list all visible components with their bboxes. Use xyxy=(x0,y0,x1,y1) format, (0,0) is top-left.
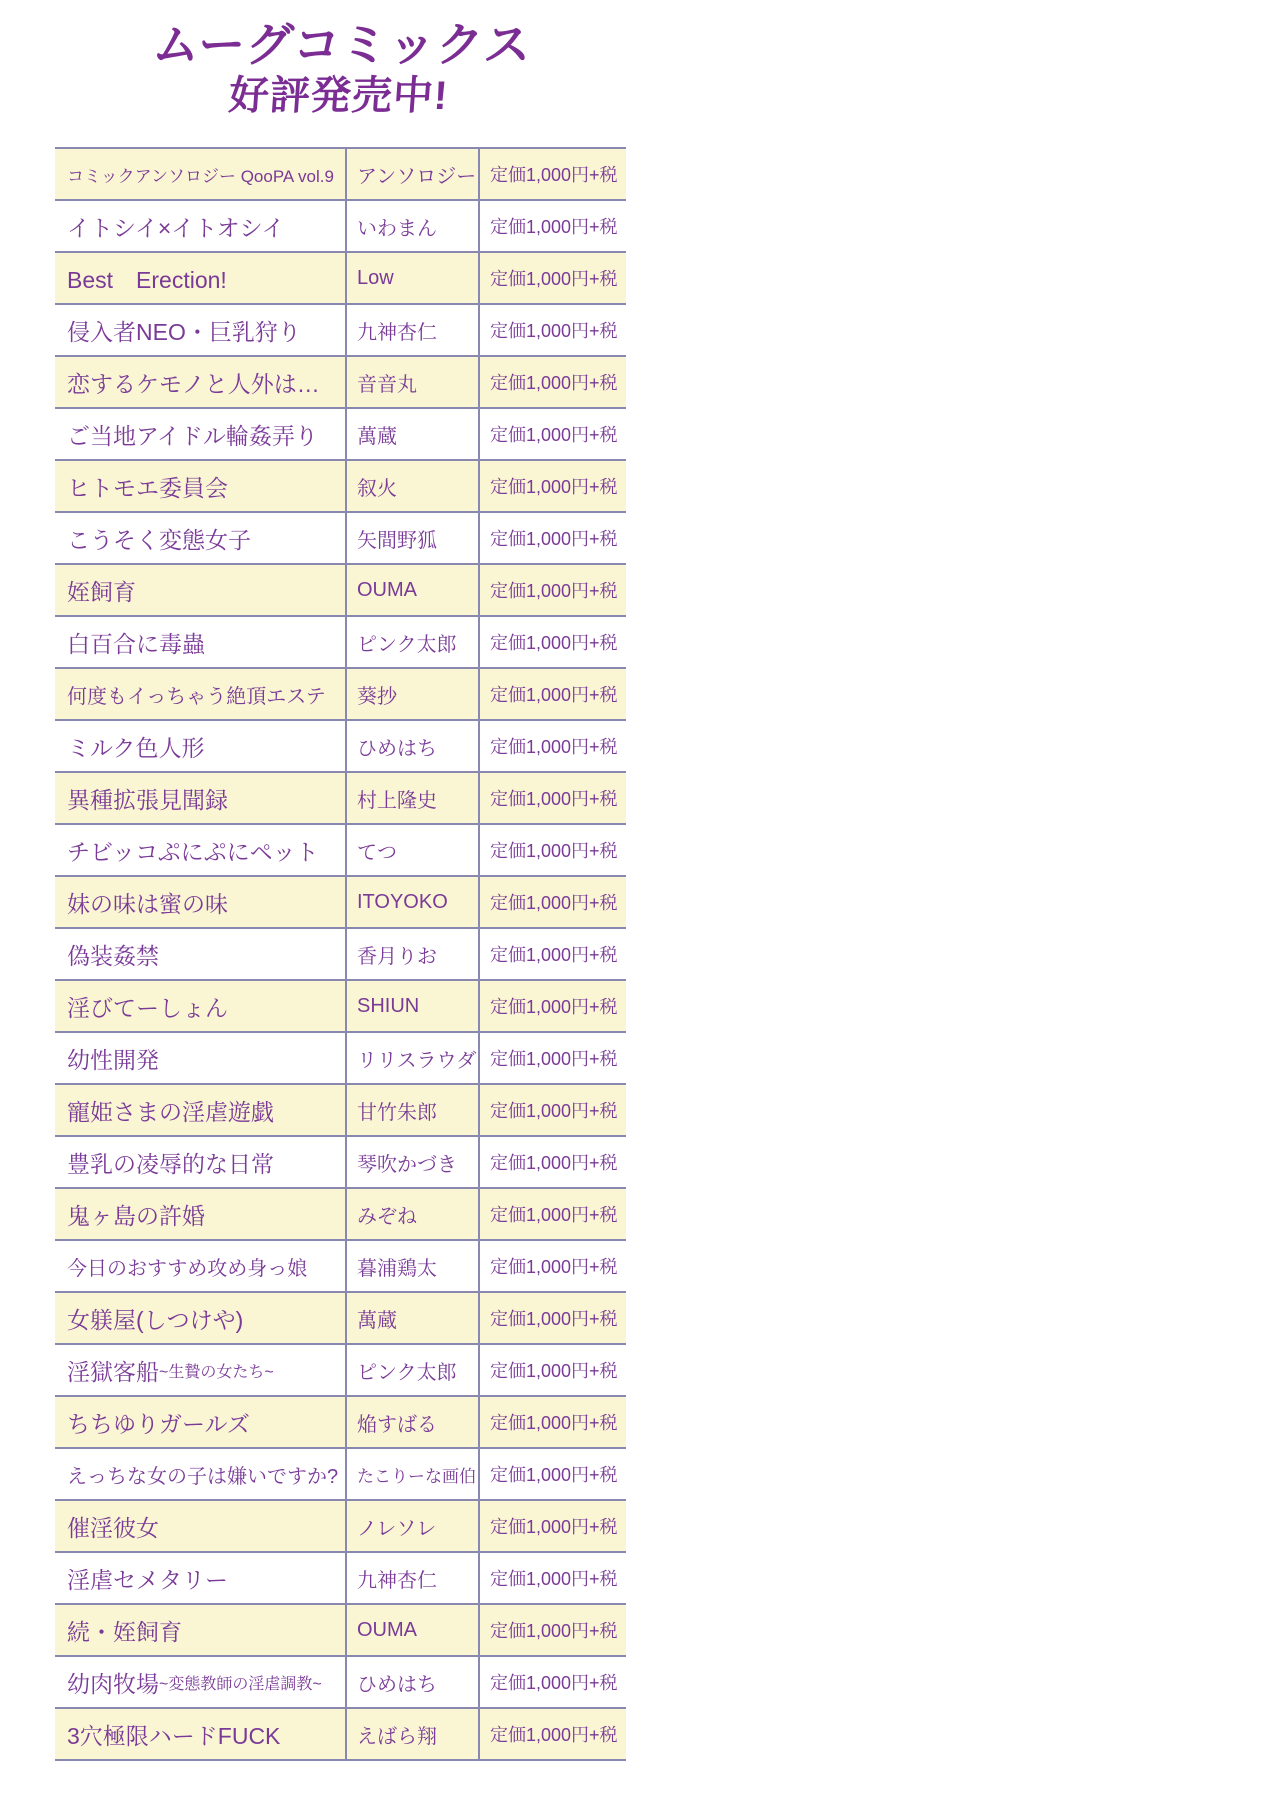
table-row: 妹の味は蜜の味ITOYOKO定価1,000円+税 xyxy=(55,877,626,929)
catalog-page: ムーグコミックス 好評発売中! コミックアンソロジー QooPA vol.9アン… xyxy=(0,0,1280,1816)
book-price: 定価1,000円+税 xyxy=(480,981,626,1031)
book-title-main: チビッコぷにぷにペット xyxy=(67,834,319,867)
book-author: ピンク太郎 xyxy=(347,617,480,667)
book-author: 村上隆史 xyxy=(347,773,480,823)
book-price: 定価1,000円+税 xyxy=(480,1709,626,1759)
book-title: 3穴極限ハードFUCK xyxy=(55,1709,347,1759)
book-author: ひめはち xyxy=(347,1657,480,1707)
book-title-main: 3穴極限ハードFUCK xyxy=(67,1718,280,1751)
book-price: 定価1,000円+税 xyxy=(480,1189,626,1239)
book-title-main: 幼肉牧場 xyxy=(67,1666,159,1699)
book-price: 定価1,000円+税 xyxy=(480,1657,626,1707)
header-brand-line: ムーグコミックス xyxy=(55,18,630,72)
book-price: 定価1,000円+税 xyxy=(480,929,626,979)
book-price: 定価1,000円+税 xyxy=(480,149,626,199)
header-onsale-line: 好評発売中! xyxy=(52,74,626,118)
book-table: コミックアンソロジー QooPA vol.9アンソロジー定価1,000円+税イト… xyxy=(55,147,626,1761)
book-price: 定価1,000円+税 xyxy=(480,201,626,251)
book-title: ちちゆりガールズ xyxy=(55,1397,347,1447)
book-price: 定価1,000円+税 xyxy=(480,305,626,355)
table-row: 幼性開発リリスラウダ定価1,000円+税 xyxy=(55,1033,626,1085)
book-title-main: 寵姫さまの淫虐遊戯 xyxy=(67,1094,274,1127)
book-title: 続・姪飼育 xyxy=(55,1605,347,1655)
book-author: 琴吹かづき xyxy=(347,1137,480,1187)
table-row: ご当地アイドル輪姦弄り萬蔵定価1,000円+税 xyxy=(55,409,626,461)
table-row: 淫獄客船~生贄の女たち~ピンク太郎定価1,000円+税 xyxy=(55,1345,626,1397)
book-author: 香月りお xyxy=(347,929,480,979)
book-title: 何度もイっちゃう絶頂エステ xyxy=(55,669,347,719)
book-title-main: 鬼ヶ島の許婚 xyxy=(67,1198,205,1231)
book-title-main: 幼性開発 xyxy=(67,1042,159,1075)
book-price: 定価1,000円+税 xyxy=(480,253,626,303)
book-title: 寵姫さまの淫虐遊戯 xyxy=(55,1085,347,1135)
book-price: 定価1,000円+税 xyxy=(480,1137,626,1187)
book-price: 定価1,000円+税 xyxy=(480,1397,626,1447)
book-title-main: 女躾屋(しつけや) xyxy=(67,1302,243,1335)
book-author: 萬蔵 xyxy=(347,409,480,459)
book-author: ピンク太郎 xyxy=(347,1345,480,1395)
book-author: 九神杏仁 xyxy=(347,1553,480,1603)
book-title: Best Erection! xyxy=(55,253,347,303)
book-title-main: 淫獄客船 xyxy=(67,1354,159,1387)
book-title-main: 恋するケモノと人外は… xyxy=(67,366,320,399)
book-author: OUMA xyxy=(347,1605,480,1655)
table-row: チビッコぷにぷにペットてつ定価1,000円+税 xyxy=(55,825,626,877)
book-author: 甘竹朱郎 xyxy=(347,1085,480,1135)
table-row: 恋するケモノと人外は…音音丸定価1,000円+税 xyxy=(55,357,626,409)
catalog-header: ムーグコミックス 好評発売中! xyxy=(52,18,630,118)
book-title-main: ヒトモエ委員会 xyxy=(67,470,228,503)
book-title: 恋するケモノと人外は… xyxy=(55,357,347,407)
book-price: 定価1,000円+税 xyxy=(480,1449,626,1499)
book-title: えっちな女の子は嫌いですか? xyxy=(55,1449,347,1499)
book-title-main: コミックアンソロジー QooPA vol.9 xyxy=(67,162,334,187)
book-author: SHIUN xyxy=(347,981,480,1031)
book-price: 定価1,000円+税 xyxy=(480,617,626,667)
book-author: ノレソレ xyxy=(347,1501,480,1551)
book-price: 定価1,000円+税 xyxy=(480,1293,626,1343)
table-row: ちちゆりガールズ焔すばる定価1,000円+税 xyxy=(55,1397,626,1449)
book-author: ITOYOKO xyxy=(347,877,480,927)
table-row: Best Erection!Low定価1,000円+税 xyxy=(55,253,626,305)
table-row: 寵姫さまの淫虐遊戯甘竹朱郎定価1,000円+税 xyxy=(55,1085,626,1137)
book-author: 葵抄 xyxy=(347,669,480,719)
book-author: 萬蔵 xyxy=(347,1293,480,1343)
book-author: みぞね xyxy=(347,1189,480,1239)
book-author: 九神杏仁 xyxy=(347,305,480,355)
table-row: 偽装姦禁香月りお定価1,000円+税 xyxy=(55,929,626,981)
book-title: チビッコぷにぷにペット xyxy=(55,825,347,875)
book-title-main: 偽装姦禁 xyxy=(67,938,159,971)
book-price: 定価1,000円+税 xyxy=(480,1553,626,1603)
table-row: 淫びてーしょんSHIUN定価1,000円+税 xyxy=(55,981,626,1033)
table-row: 催淫彼女ノレソレ定価1,000円+税 xyxy=(55,1501,626,1553)
book-price: 定価1,000円+税 xyxy=(480,409,626,459)
book-price: 定価1,000円+税 xyxy=(480,1241,626,1291)
book-author: 暮浦鶏太 xyxy=(347,1241,480,1291)
book-price: 定価1,000円+税 xyxy=(480,773,626,823)
book-title: ご当地アイドル輪姦弄り xyxy=(55,409,347,459)
table-row: 続・姪飼育OUMA定価1,000円+税 xyxy=(55,1605,626,1657)
book-title: 幼肉牧場~変態教師の淫虐調教~ xyxy=(55,1657,347,1707)
book-author: リリスラウダ xyxy=(347,1033,480,1083)
book-title-main: 妹の味は蜜の味 xyxy=(67,886,228,919)
book-title: 侵入者NEO・巨乳狩り xyxy=(55,305,347,355)
table-row: ヒトモエ委員会叙火定価1,000円+税 xyxy=(55,461,626,513)
book-title: コミックアンソロジー QooPA vol.9 xyxy=(55,149,347,199)
book-price: 定価1,000円+税 xyxy=(480,669,626,719)
book-price: 定価1,000円+税 xyxy=(480,1033,626,1083)
table-row: ミルク色人形ひめはち定価1,000円+税 xyxy=(55,721,626,773)
table-row: 3穴極限ハードFUCKえばら翔定価1,000円+税 xyxy=(55,1709,626,1761)
book-price: 定価1,000円+税 xyxy=(480,461,626,511)
book-title-main: ちちゆりガールズ xyxy=(67,1406,250,1439)
book-price: 定価1,000円+税 xyxy=(480,721,626,771)
book-title-main: こうそく変態女子 xyxy=(67,522,251,555)
book-title: ミルク色人形 xyxy=(55,721,347,771)
book-price: 定価1,000円+税 xyxy=(480,1501,626,1551)
book-title-main: ご当地アイドル輪姦弄り xyxy=(67,418,318,451)
book-title: ヒトモエ委員会 xyxy=(55,461,347,511)
book-title: 白百合に毒蟲 xyxy=(55,617,347,667)
table-row: 豊乳の凌辱的な日常琴吹かづき定価1,000円+税 xyxy=(55,1137,626,1189)
book-author: いわまん xyxy=(347,201,480,251)
book-title-main: 淫虐セメタリー xyxy=(67,1562,228,1595)
book-title: 豊乳の凌辱的な日常 xyxy=(55,1137,347,1187)
book-title: 催淫彼女 xyxy=(55,1501,347,1551)
book-title-main: 豊乳の凌辱的な日常 xyxy=(67,1146,274,1179)
book-title-main: 今日のおすすめ攻め身っ娘 xyxy=(67,1252,307,1281)
book-title: 女躾屋(しつけや) xyxy=(55,1293,347,1343)
book-title-main: 白百合に毒蟲 xyxy=(67,626,205,659)
book-author: アンソロジー xyxy=(347,149,480,199)
book-title: 鬼ヶ島の許婚 xyxy=(55,1189,347,1239)
book-title: 妹の味は蜜の味 xyxy=(55,877,347,927)
table-row: 今日のおすすめ攻め身っ娘暮浦鶏太定価1,000円+税 xyxy=(55,1241,626,1293)
book-price: 定価1,000円+税 xyxy=(480,357,626,407)
book-title-main: 何度もイっちゃう絶頂エステ xyxy=(67,680,326,709)
book-price: 定価1,000円+税 xyxy=(480,825,626,875)
book-author: 叙火 xyxy=(347,461,480,511)
table-row: 異種拡張見聞録村上隆史定価1,000円+税 xyxy=(55,773,626,825)
book-title-main: 催淫彼女 xyxy=(67,1510,159,1543)
book-title: イトシイ×イトオシイ xyxy=(55,201,347,251)
book-title-main: 侵入者NEO・巨乳狩り xyxy=(67,314,301,347)
book-title: こうそく変態女子 xyxy=(55,513,347,563)
book-author: ひめはち xyxy=(347,721,480,771)
table-row: 侵入者NEO・巨乳狩り九神杏仁定価1,000円+税 xyxy=(55,305,626,357)
book-price: 定価1,000円+税 xyxy=(480,565,626,615)
book-author: てつ xyxy=(347,825,480,875)
table-row: えっちな女の子は嫌いですか?たこりーな画伯定価1,000円+税 xyxy=(55,1449,626,1501)
book-title: 幼性開発 xyxy=(55,1033,347,1083)
book-title-subtitle: ~変態教師の淫虐調教~ xyxy=(159,1671,322,1694)
book-price: 定価1,000円+税 xyxy=(480,877,626,927)
table-row: 女躾屋(しつけや)萬蔵定価1,000円+税 xyxy=(55,1293,626,1345)
book-title: 淫虐セメタリー xyxy=(55,1553,347,1603)
book-title-main: Best Erection! xyxy=(67,262,227,295)
table-row: 幼肉牧場~変態教師の淫虐調教~ひめはち定価1,000円+税 xyxy=(55,1657,626,1709)
book-price: 定価1,000円+税 xyxy=(480,1085,626,1135)
book-author: Low xyxy=(347,253,480,303)
book-author: OUMA xyxy=(347,565,480,615)
table-row: 白百合に毒蟲ピンク太郎定価1,000円+税 xyxy=(55,617,626,669)
book-title-main: えっちな女の子は嫌いですか? xyxy=(67,1460,338,1489)
book-title: 姪飼育 xyxy=(55,565,347,615)
table-row: 何度もイっちゃう絶頂エステ葵抄定価1,000円+税 xyxy=(55,669,626,721)
book-title-main: イトシイ×イトオシイ xyxy=(67,210,284,243)
book-title-main: 淫びてーしょん xyxy=(67,990,228,1023)
table-row: 姪飼育OUMA定価1,000円+税 xyxy=(55,565,626,617)
book-title: 偽装姦禁 xyxy=(55,929,347,979)
book-author: えばら翔 xyxy=(347,1709,480,1759)
book-title-main: 姪飼育 xyxy=(67,574,136,607)
book-title: 淫獄客船~生贄の女たち~ xyxy=(55,1345,347,1395)
table-row: コミックアンソロジー QooPA vol.9アンソロジー定価1,000円+税 xyxy=(55,149,626,201)
book-title-main: 続・姪飼育 xyxy=(67,1614,182,1647)
book-author: 音音丸 xyxy=(347,357,480,407)
table-row: イトシイ×イトオシイいわまん定価1,000円+税 xyxy=(55,201,626,253)
book-author: たこりーな画伯 xyxy=(347,1449,480,1499)
book-author: 焔すばる xyxy=(347,1397,480,1447)
book-title: 異種拡張見聞録 xyxy=(55,773,347,823)
book-title: 淫びてーしょん xyxy=(55,981,347,1031)
table-row: 鬼ヶ島の許婚みぞね定価1,000円+税 xyxy=(55,1189,626,1241)
book-title-main: ミルク色人形 xyxy=(67,730,205,763)
book-title-subtitle: ~生贄の女たち~ xyxy=(159,1359,274,1382)
book-price: 定価1,000円+税 xyxy=(480,1605,626,1655)
book-title: 今日のおすすめ攻め身っ娘 xyxy=(55,1241,347,1291)
table-row: 淫虐セメタリー九神杏仁定価1,000円+税 xyxy=(55,1553,626,1605)
book-price: 定価1,000円+税 xyxy=(480,1345,626,1395)
book-title-main: 異種拡張見聞録 xyxy=(67,782,228,815)
book-price: 定価1,000円+税 xyxy=(480,513,626,563)
table-row: こうそく変態女子矢間野狐定価1,000円+税 xyxy=(55,513,626,565)
book-author: 矢間野狐 xyxy=(347,513,480,563)
